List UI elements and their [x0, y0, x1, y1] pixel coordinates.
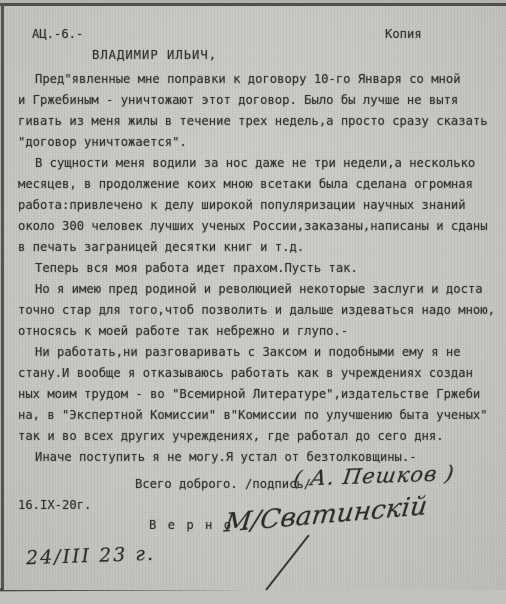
letter-line: гивать из меня жилы в течение трех недел… — [18, 111, 504, 132]
peshkov-signature: ( А. Пешков ) — [292, 461, 456, 491]
letter-line: стану.И вообще я отказываюсь работать ка… — [18, 363, 504, 384]
scan-margin-bottom — [0, 590, 506, 604]
letter-line: около 300 человек лучших ученых России,з… — [18, 216, 504, 237]
signature-flourish-stroke — [265, 534, 310, 590]
letter-line: точно стар для того,чтоб позволить и дал… — [18, 300, 504, 321]
letter-line: работа:привлечено к делу широкой популяр… — [18, 195, 504, 216]
paragraph-2: В сущности меня водили за нос даже не тр… — [18, 153, 504, 258]
handwritten-date-note: 24/ІІІ 23 г. — [26, 543, 156, 569]
ref-number: АЦ.-6.- — [32, 27, 83, 41]
letter-line: Но я имею пред родиной и революцией неко… — [18, 279, 504, 300]
letter-line: В сущности меня водили за нос даже не тр… — [18, 153, 504, 174]
letter-paper: АЦ.-6.- Копия ВЛАДИМИР ИЛЬИЧ, Пред"явлен… — [4, 6, 506, 590]
letter-line: на, в "Экспертной Комиссии" в"Комиссии п… — [18, 405, 504, 426]
paragraph-1: Пред"явленные мне поправки к договору 10… — [18, 69, 504, 153]
letter-line: Ни работать,ни разговаривать с Заксом и … — [18, 342, 504, 363]
letter-line: и Гржебиным - уничтожают этот договор. Б… — [18, 90, 504, 111]
letter-line: Теперь вся моя работа идет прахом.Пусть … — [18, 258, 504, 279]
scanned-letter-page: АЦ.-6.- Копия ВЛАДИМИР ИЛЬИЧ, Пред"явлен… — [0, 0, 506, 604]
letter-line: Пред"явленные мне поправки к договору 10… — [18, 69, 504, 90]
salutation: ВЛАДИМИР ИЛЬИЧ, — [92, 48, 217, 62]
letter-body: Пред"явленные мне поправки к договору 10… — [18, 69, 504, 468]
paragraph-4: Но я имею пред родиной и революцией неко… — [18, 279, 504, 342]
letter-date: 16.IX-20г. — [18, 498, 91, 512]
letter-line: так и во всех других учреждениях, где ра… — [18, 426, 504, 447]
letter-line: "договор уничтожается". — [18, 132, 504, 153]
letter-line: относясь к моей работе так небрежно и гл… — [18, 321, 504, 342]
paragraph-5: Ни работать,ни разговаривать с Заксом и … — [18, 342, 504, 447]
farewell-typed: Всего доброго. /подпись/ — [135, 477, 311, 491]
letter-line: в печать заграницей десятки книг и т.д. — [18, 237, 504, 258]
letter-line: месяцев, в продолжение коих мною всетаки… — [18, 174, 504, 195]
certifier-signature: М/Сватинскій — [223, 491, 429, 538]
copy-label: Копия — [385, 27, 422, 41]
paragraph-3: Теперь вся моя работа идет прахом.Пусть … — [18, 258, 504, 279]
letter-line: ных моим трудом - во "Всемирной Литерату… — [18, 384, 504, 405]
